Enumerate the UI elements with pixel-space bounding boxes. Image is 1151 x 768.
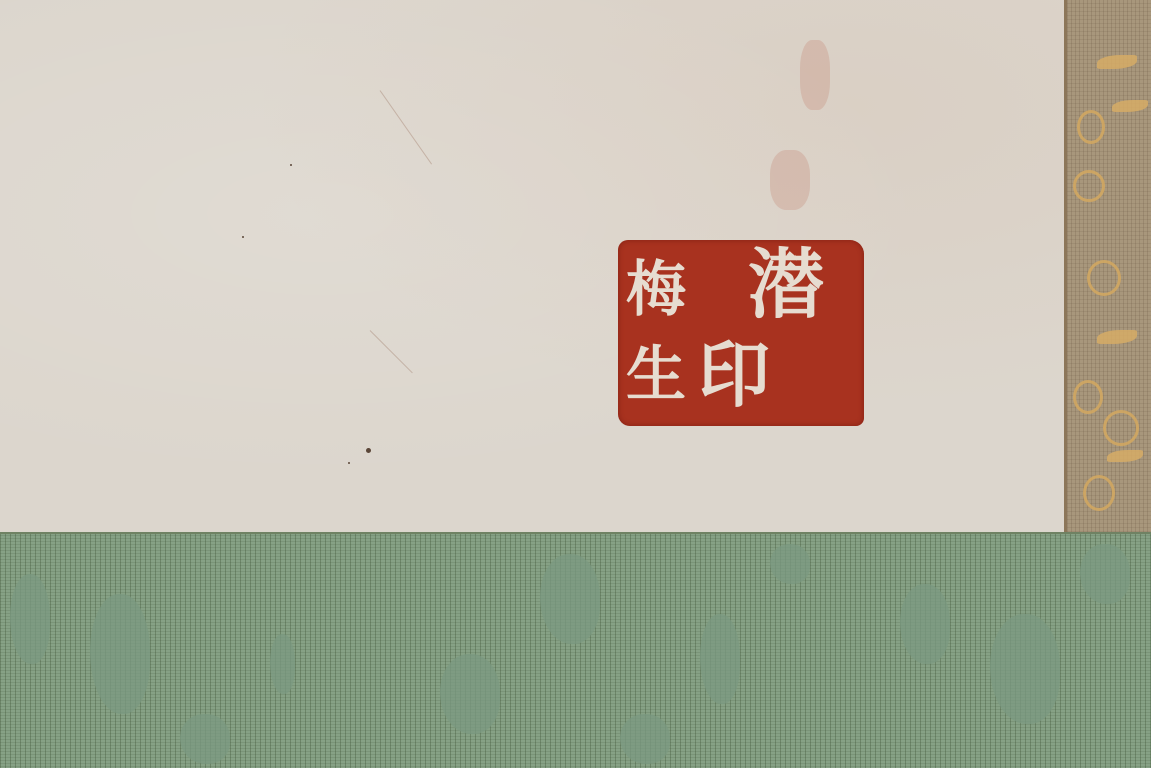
damask-motif	[90, 594, 150, 714]
gold-scroll-motif	[1073, 380, 1103, 414]
damask-motif	[440, 654, 500, 734]
damask-motif	[700, 614, 740, 704]
damask-motif	[990, 614, 1060, 724]
gold-brocade-border	[1064, 0, 1151, 540]
damask-motif	[270, 634, 295, 694]
seal-character: 潜	[748, 245, 824, 325]
paper-speck	[366, 448, 371, 453]
gold-scroll-motif	[1103, 410, 1139, 446]
damask-motif	[770, 544, 810, 584]
damask-motif	[900, 584, 950, 664]
green-silk-mount	[0, 532, 1151, 768]
damask-motif	[10, 574, 50, 664]
seal-character: 印	[698, 335, 770, 415]
gold-scroll-motif	[1077, 110, 1105, 144]
gold-scroll-motif	[1073, 170, 1105, 202]
paper-crease	[380, 90, 432, 164]
paper-crease	[370, 330, 413, 373]
gold-leaf-motif	[1097, 330, 1137, 344]
paper-speck	[348, 462, 350, 464]
damask-motif	[180, 714, 230, 764]
damask-motif	[540, 554, 600, 644]
gold-scroll-motif	[1087, 260, 1121, 296]
paper-speck	[290, 164, 292, 166]
paper-stain	[800, 40, 830, 110]
gold-scroll-motif	[1083, 475, 1115, 511]
gold-leaf-motif	[1107, 450, 1143, 462]
gold-leaf-motif	[1097, 55, 1137, 69]
paper-stain	[770, 150, 810, 210]
scroll-paper	[0, 0, 1064, 535]
seal-character: 梅	[626, 250, 686, 330]
damask-motif	[620, 714, 670, 764]
seal-character: 生	[626, 335, 686, 415]
paper-speck	[242, 236, 244, 238]
damask-motif	[1080, 544, 1130, 604]
gold-leaf-motif	[1112, 100, 1148, 112]
red-seal-impression: 梅 生 潜 印	[618, 240, 864, 426]
